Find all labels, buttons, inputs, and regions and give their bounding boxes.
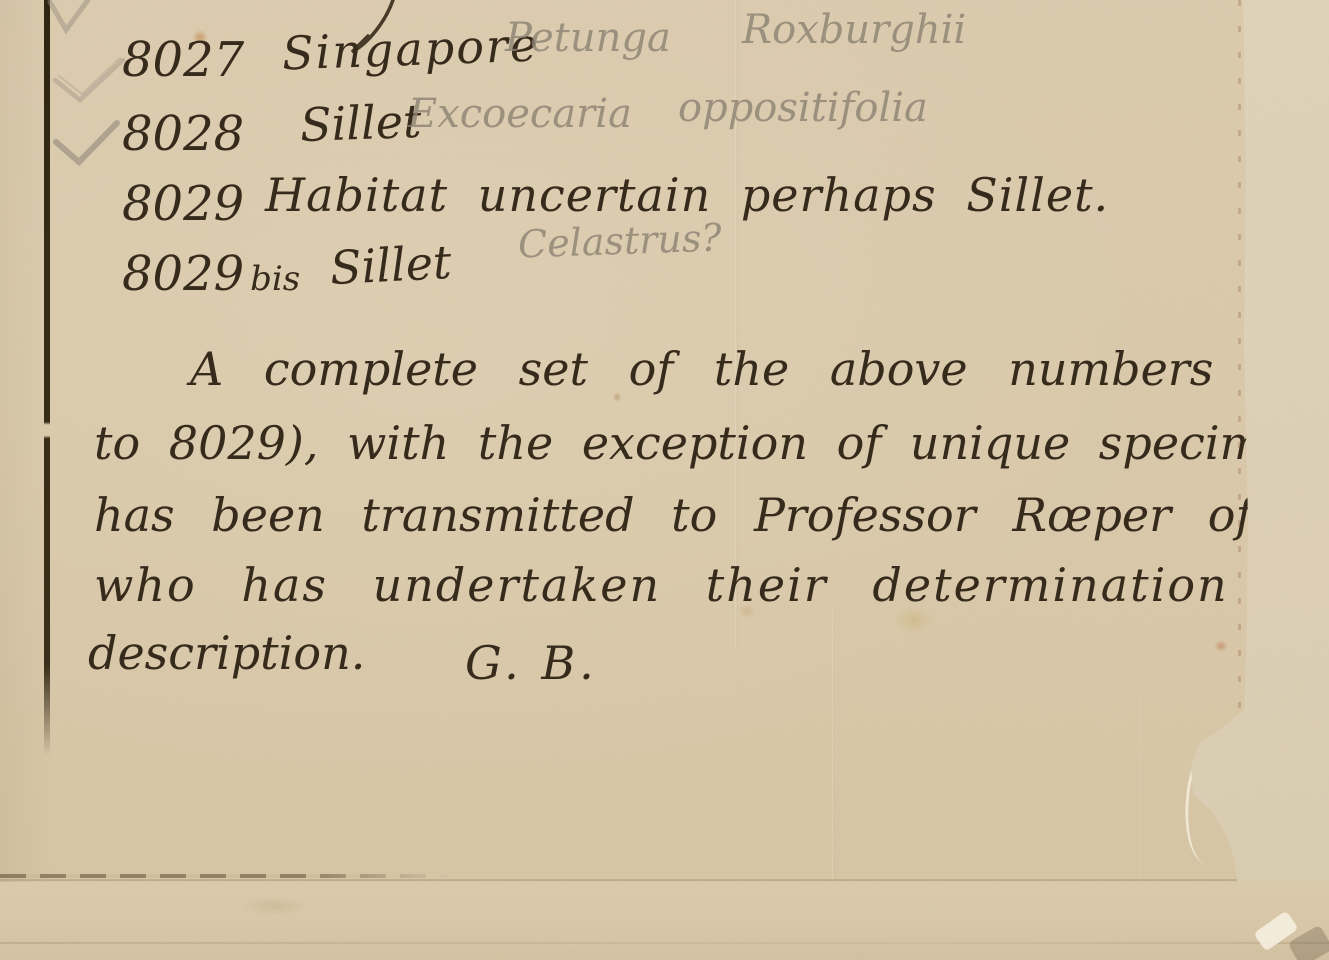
pencil-checkmark-outline <box>59 58 120 94</box>
pencil-checkmark-icon <box>50 0 88 30</box>
underlying-sheet-crease <box>0 942 1329 944</box>
sheet-bottom-edge <box>0 874 450 878</box>
pencil-determination: Celastrus? <box>517 218 722 263</box>
entry-number: 8027 <box>122 36 244 84</box>
note-line: to 8029), with the exception of unique s… <box>94 420 1329 466</box>
entry-number-suffix: bis <box>250 259 300 299</box>
pencil-checkmark-icon <box>56 123 117 162</box>
pencil-determination: oppositifolia <box>678 88 928 128</box>
torn-bite-highlight <box>1179 730 1249 867</box>
note-line: has been transmitted to Professor Rœper … <box>94 492 1329 538</box>
foxing-stain <box>1214 640 1228 652</box>
underlying-sheet <box>0 882 1329 960</box>
entry-locality: Sillet <box>299 98 422 148</box>
note-line: who has undertaken their determination a… <box>94 562 1329 608</box>
entry-number: 8028 <box>122 110 244 158</box>
entry-number-value: 8029 <box>122 246 244 302</box>
faint-crease <box>1140 690 1142 882</box>
note-line: A complete set of the above numbers (768… <box>190 346 1329 392</box>
manuscript-scan: 8027 Singapore Petunga Roxburghii 8028 S… <box>0 0 1329 960</box>
signature: G. B. <box>465 640 598 686</box>
ink-margin-rule <box>44 0 50 756</box>
pencil-determination: Petunga <box>505 18 671 58</box>
pencil-checkmark-icon <box>55 60 123 100</box>
note-line: description. <box>88 630 365 676</box>
entry-number: 8029bis <box>122 250 300 298</box>
pencil-determination: Excoecaria <box>408 94 632 134</box>
pencil-determination: Roxburghii <box>742 10 966 50</box>
sheet-bottom-shadow <box>0 879 1237 881</box>
manuscript-page: 8027 Singapore Petunga Roxburghii 8028 S… <box>0 0 1329 960</box>
entry-locality: Singapore <box>281 22 540 77</box>
entry-number: 8029 <box>122 180 244 228</box>
entry-locality: Habitat uncertain perhaps Sillet. <box>265 172 1109 218</box>
fold-crease-lower <box>832 608 835 882</box>
entry-locality: Sillet <box>329 239 453 291</box>
foxing-stain <box>240 896 310 916</box>
